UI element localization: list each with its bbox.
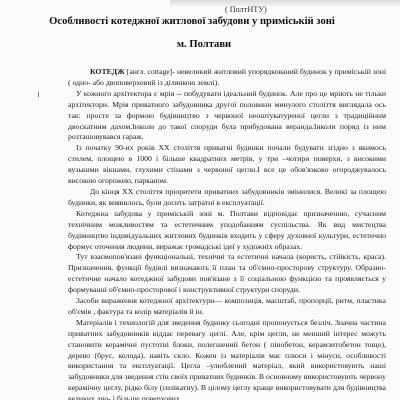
term: КОТЕДЖ (90, 67, 125, 76)
margin-mark (38, 92, 39, 97)
paragraph: Тут взаємопов'язані функціональні, техні… (68, 252, 386, 296)
paragraph: Із початку 90-их років ХХ століття прива… (68, 143, 386, 187)
bleed-through-text (170, 0, 400, 6)
paragraph: Матеріалів і технологій для зведення буд… (68, 318, 386, 400)
paragraph: Котеджна забудова у приміській зоні м. П… (68, 209, 386, 253)
document-title-line-2: м. Полтави (4, 39, 400, 50)
document-title-line-1: Особливості котеджної житлової забудови … (0, 16, 392, 27)
paragraph-definition: КОТЕДЖ [англ. cottage]- невеликий житлов… (68, 67, 386, 89)
paragraph: До кінця ХХ століття пріоритети приватни… (68, 187, 386, 209)
paragraph: У кожного архітектора є мрія -- побудува… (68, 89, 386, 144)
document-body: КОТЕДЖ [англ. cottage]- невеликий житлов… (68, 67, 386, 400)
paragraph: Засоби вираження котеджної архітектури— … (68, 296, 386, 318)
affiliation: ( ПолтНТУ) (225, 5, 267, 14)
document-page: ( ПолтНТУ) Особливості котеджної житлово… (0, 0, 400, 400)
